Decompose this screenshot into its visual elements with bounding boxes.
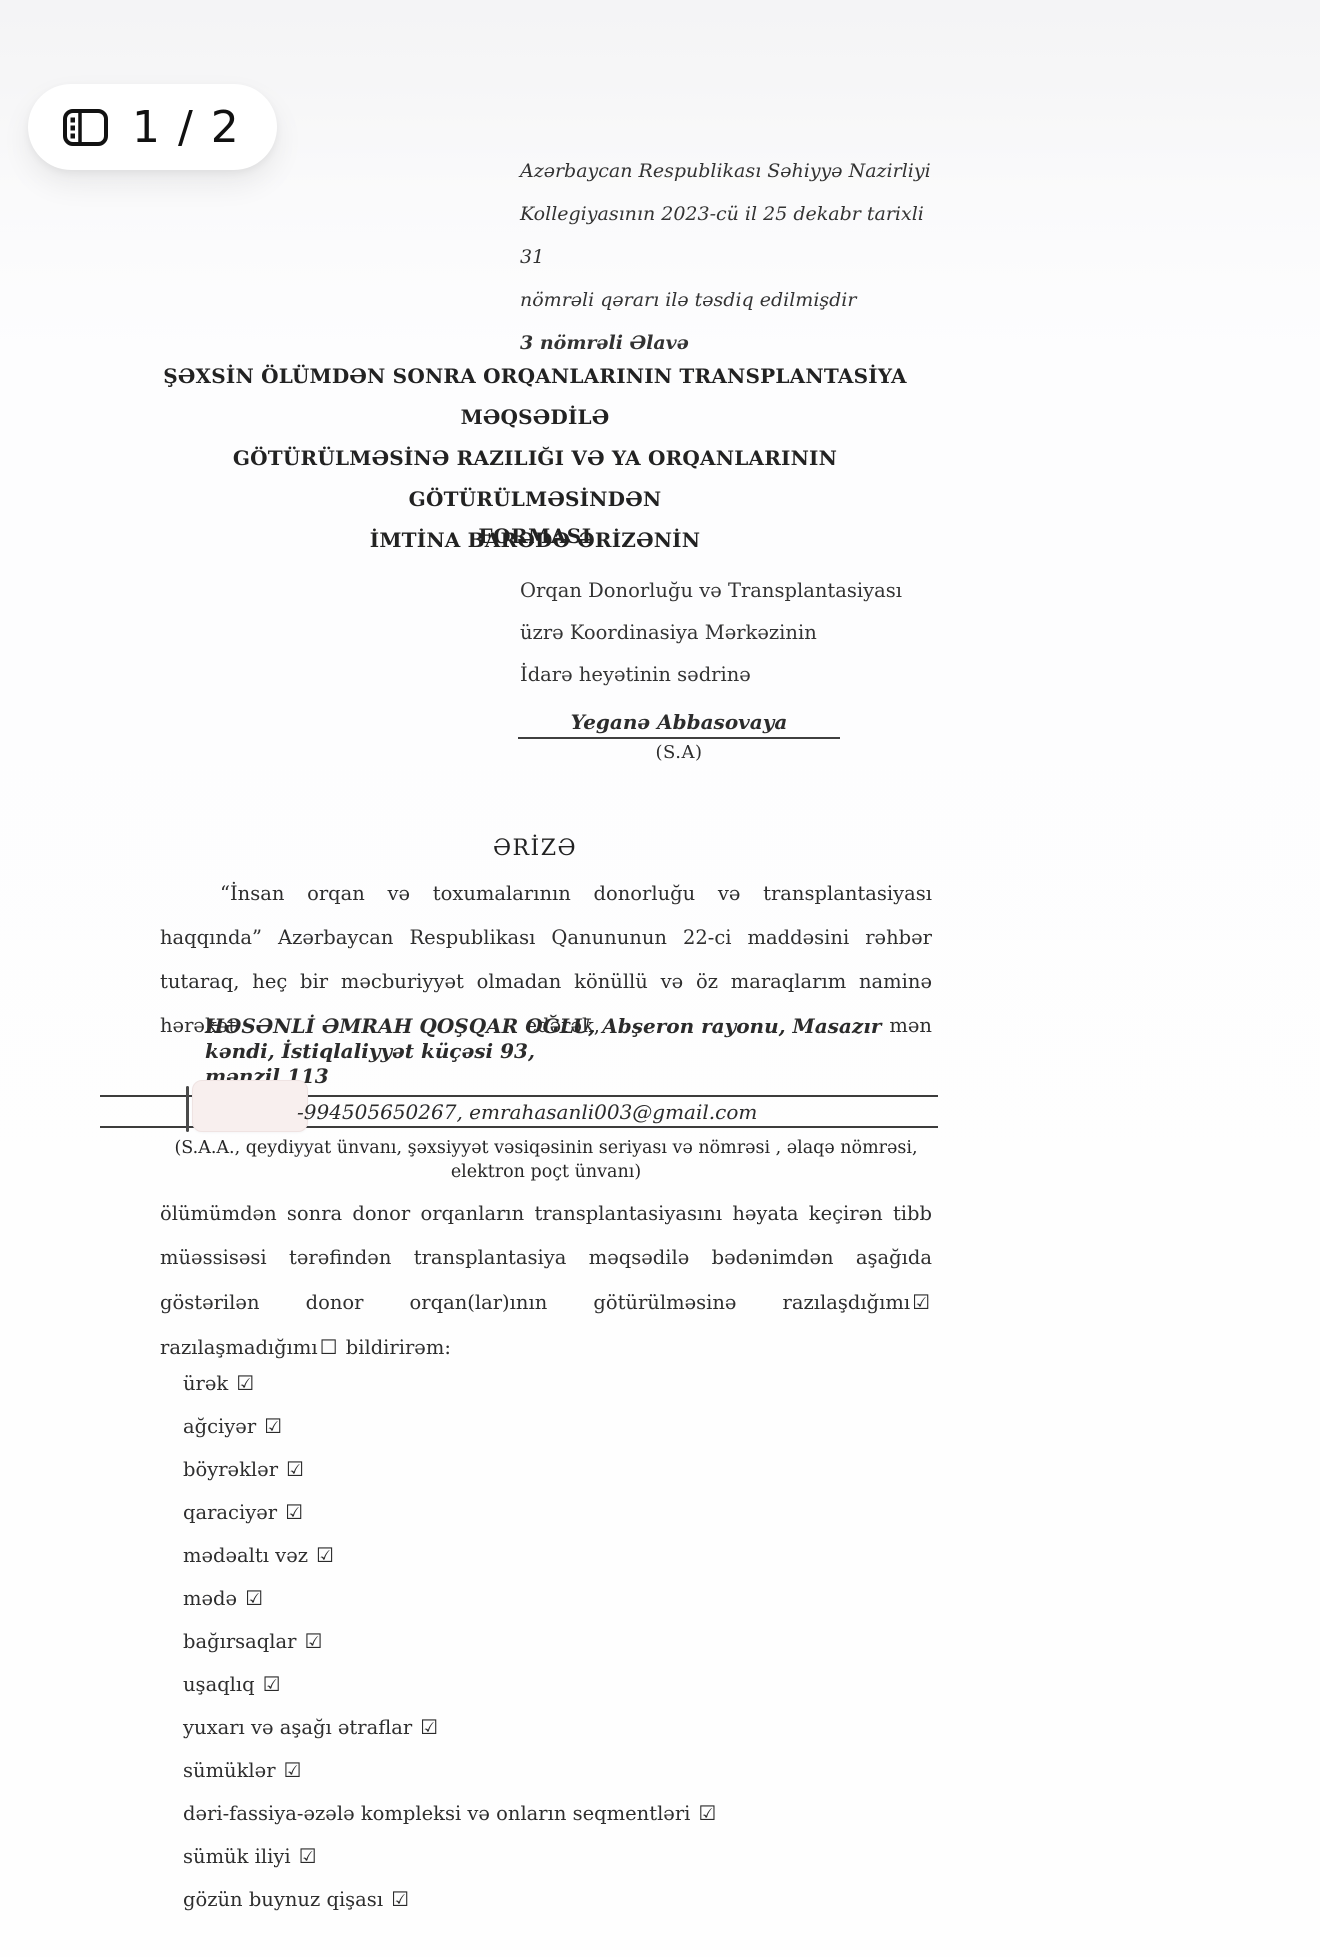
redaction-box	[192, 1080, 308, 1132]
organ-label: bağırsaqlar	[183, 1630, 296, 1653]
addressee-name: Yeganə Abbasovaya	[518, 710, 840, 739]
viewer-background: 1 / 2 Azərbaycan Respublikası Səhiyyə Na…	[0, 0, 1320, 1957]
field-caption-line: elektron poçt ünvanı)	[160, 1160, 932, 1184]
title-line: ŞƏXSİN ÖLÜMDƏN SONRA ORQANLARININ TRANSP…	[135, 356, 935, 438]
organ-row: yuxarı və aşağı ətraflar☑	[183, 1706, 943, 1749]
organ-label: mədəaltı vəz	[183, 1544, 308, 1567]
checkbox-checked-icon: ☑	[420, 1715, 438, 1739]
consent-paragraph: ölümümdən sonra donor orqanların transpl…	[160, 1192, 932, 1370]
consent-text: bildirirəm:	[340, 1336, 451, 1359]
organ-row: böyrəklər☑	[183, 1448, 943, 1491]
checkbox-checked-icon: ☑	[263, 1672, 281, 1696]
addressee-line: üzrə Koordinasiya Mərkəzinin	[520, 612, 940, 654]
organ-row: mədə☑	[183, 1577, 943, 1620]
checkbox-checked-icon: ☑	[912, 1290, 930, 1314]
addressee-line: İdarə heyətinin sədrinə	[520, 654, 940, 696]
field-caption: (S.A.A., qeydiyyat ünvanı, şəxsiyyət vəs…	[160, 1136, 932, 1184]
addressee-line: Orqan Donorluğu və Transplantasiyası	[520, 570, 940, 612]
consent-text: razılaşmadığımı	[160, 1336, 318, 1359]
organ-label: dəri-fassiya-əzələ kompleksi və onların …	[183, 1802, 690, 1825]
organ-row: sümük iliyi☑	[183, 1835, 943, 1878]
title-line: GÖTÜRÜLMƏSİNƏ RAZILIĞI VƏ YA ORQANLARINI…	[135, 438, 935, 520]
checkbox-checked-icon: ☑	[284, 1758, 302, 1782]
checkbox-checked-icon: ☑	[285, 1500, 303, 1524]
organ-row: ağciyər☑	[183, 1405, 943, 1448]
checkbox-checked-icon: ☑	[299, 1844, 317, 1868]
addressee-block: Orqan Donorluğu və Transplantasiyası üzr…	[520, 570, 940, 696]
organs-checklist: ürək☑ ağciyər☑ böyrəklər☑ qaraciyər☑ məd…	[183, 1362, 943, 1921]
checkbox-checked-icon: ☑	[316, 1543, 334, 1567]
checkbox-checked-icon: ☑	[245, 1586, 263, 1610]
organ-label: uşaqlıq	[183, 1673, 255, 1696]
organ-row: uşaqlıq☑	[183, 1663, 943, 1706]
organ-row: bağırsaqlar☑	[183, 1620, 943, 1663]
organ-label: ürək	[183, 1372, 228, 1395]
checkbox-checked-icon: ☑	[391, 1887, 409, 1911]
organ-row: sümüklər☑	[183, 1749, 943, 1792]
checkbox-checked-icon: ☑	[286, 1457, 304, 1481]
form-label: FORMASI	[135, 524, 935, 548]
approval-line: nömrəli qərarı ilə təsdiq edilmişdir	[520, 279, 940, 322]
approval-line: Azərbaycan Respublikası Səhiyyə Nazirliy…	[520, 150, 940, 193]
organ-label: mədə	[183, 1587, 237, 1610]
organ-row: mədəaltı vəz☑	[183, 1534, 943, 1577]
organ-label: qaraciyər	[183, 1501, 277, 1524]
document-page: Azərbaycan Respublikası Səhiyyə Nazirliy…	[0, 0, 1320, 1957]
field-caption-line: (S.A.A., qeydiyyat ünvanı, şəxsiyyət vəs…	[160, 1136, 932, 1160]
organ-label: gözün buynuz qişası	[183, 1888, 383, 1911]
organ-label: sümük iliyi	[183, 1845, 291, 1868]
organ-row: qaraciyər☑	[183, 1491, 943, 1534]
checkbox-checked-icon: ☑	[304, 1629, 322, 1653]
organ-label: böyrəklər	[183, 1458, 278, 1481]
checkbox-unchecked-icon: ☐	[320, 1335, 338, 1359]
application-title: ƏRİZƏ	[135, 836, 935, 861]
addressee-signature-label: (S.A)	[518, 742, 840, 763]
applicant-info-part: HƏSƏNLİ ƏMRAH QOŞQAR OĞLU, Abşeron rayon…	[205, 1014, 938, 1064]
organ-label: ağciyər	[183, 1415, 256, 1438]
organ-label: sümüklər	[183, 1759, 276, 1782]
contact-info-text: -994505650267, emrahasanli003@gmail.com	[297, 1100, 757, 1124]
checkbox-checked-icon: ☑	[264, 1414, 282, 1438]
redaction-mark	[186, 1086, 189, 1132]
contact-info-line: -994505650267, emrahasanli003@gmail.com	[100, 1072, 938, 1128]
checkbox-checked-icon: ☑	[236, 1371, 254, 1395]
approval-line: Kollegiyasının 2023-cü il 25 dekabr tari…	[520, 193, 940, 279]
consent-text: ölümümdən sonra donor orqanların transpl…	[160, 1202, 932, 1314]
organ-row: ürək☑	[183, 1362, 943, 1405]
organ-label: yuxarı və aşağı ətraflar	[183, 1716, 412, 1739]
organ-row: dəri-fassiya-əzələ kompleksi və onların …	[183, 1792, 943, 1835]
checkbox-checked-icon: ☑	[698, 1801, 716, 1825]
organ-row: gözün buynuz qişası☑	[183, 1878, 943, 1921]
approval-block: Azərbaycan Respublikası Səhiyyə Nazirliy…	[520, 150, 940, 365]
